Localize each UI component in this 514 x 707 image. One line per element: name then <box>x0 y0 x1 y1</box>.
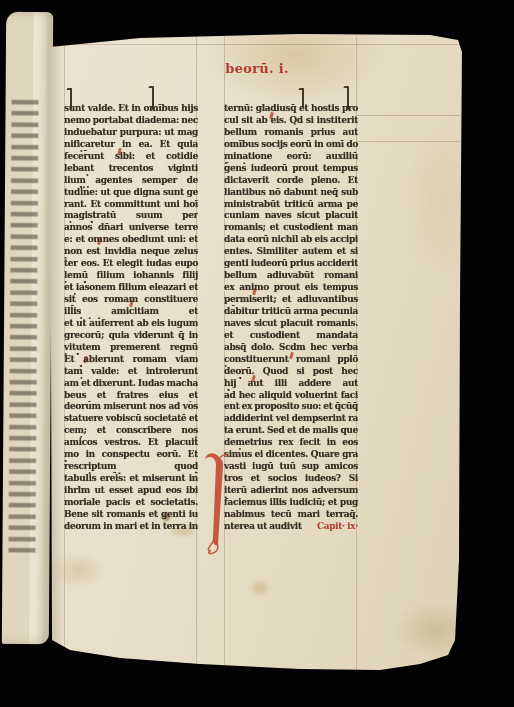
ruling-line-horizontal <box>356 141 460 142</box>
text-line: nemo portabat diadema: nec <box>64 116 198 128</box>
text-line: omībus socijs eorū in omī do <box>224 140 358 152</box>
text-line: liantibus nō dabunt neq̄ sub <box>224 188 358 200</box>
text-line: deorum in mari et in terra in e <box>64 522 198 534</box>
text-line: sit eos romam constituere cū <box>64 295 198 307</box>
text-line: cuniam naves sicut placuit <box>224 211 358 223</box>
text-line: lium agentes semper de multi <box>64 176 198 188</box>
manuscript-leaf: beorū. i. sunt valde. Et in omībus hijsn… <box>44 30 468 678</box>
text-line: ter eos. Et elegit iudas eupo <box>64 259 198 271</box>
text-line: cem; et conscribere nos socios et <box>64 426 198 438</box>
text-line: magistratū suum per singulos <box>64 211 198 223</box>
text-line: Bene sit romanis et genti iu <box>64 510 198 522</box>
text-line: demetrius rex fecit in eos scrip <box>224 438 358 450</box>
text-line: nabimus tecū mari terraq̄. <box>224 510 358 522</box>
text-line: ihrlm ut esset apud eos ibi me <box>64 486 198 498</box>
text-line: tam valde: et introierunt curi <box>64 367 198 379</box>
text-line: simus ei dicentes. Quare gra <box>224 450 358 462</box>
chapter-opening-text: nterea ut audivit <box>224 522 302 534</box>
fore-edge-shadow <box>460 30 468 678</box>
text-line: hij aut illi addere aut demere <box>224 379 358 391</box>
text-line: gens iudeorū prout tempus <box>224 164 358 176</box>
text-line: data eorū nichil ab eis accipi <box>224 235 358 247</box>
text-line: dictaverit corde pleno. Et pre <box>224 176 358 188</box>
text-line: e: et omnes obediunt uni: et <box>64 235 198 247</box>
text-line: amicos vestros. Et placuit ser <box>64 438 198 450</box>
text-line: sunt valde. Et in omībus hijs <box>64 104 198 116</box>
text-line: entes. Similiter autem et si <box>224 247 358 259</box>
text-line: non est invidia neque zelus in <box>64 247 198 259</box>
text-line: et ut auferrent ab eis iugum <box>64 319 198 331</box>
text-line: mo in conspectu eorū. Et hoc <box>64 450 198 462</box>
text-line: ternū: gladiusq̄ et hostis pro <box>224 104 358 116</box>
text-line: beus et fratres eius et populus iu <box>64 391 198 403</box>
text-line: statuere vobiscū societatē et pa <box>64 414 198 426</box>
text-line: lebant trecentos viginti consi <box>64 164 198 176</box>
text-line: ta erunt. Sed et de malis que <box>224 426 358 438</box>
text-line: ministrabūt triticū arma pe <box>224 200 358 212</box>
text-line: Et abierunt romam viam mul <box>64 355 198 367</box>
text-line: bellum adiuvabūt romani <box>224 271 358 283</box>
text-line: nificaretur in ea. Et quia curiā <box>64 140 198 152</box>
text-line: tudine: ut que digna sunt ge <box>64 188 198 200</box>
text-line: iterū adierint nos adversum te: <box>224 486 358 498</box>
text-line: minatione eorū: auxiliū feret <box>224 152 358 164</box>
text-line: ad hec aliquid voluerint faci <box>224 391 358 403</box>
facing-page-text-blur <box>8 100 38 558</box>
ruling-line-horizontal <box>50 44 460 45</box>
text-line: rescriptum quod rescripserūt ī <box>64 462 198 474</box>
text-line: ex animo prout eis tempus <box>224 283 358 295</box>
text-line: bellum romanis prius aut <box>224 128 358 140</box>
text-line: vasti iugū tuū sup amicos nos <box>224 462 358 474</box>
facing-page-edge <box>2 12 53 644</box>
text-line: faciemus illis iudiciū; et pug <box>224 498 358 510</box>
text-line: et iasonem filium eleazari et mi <box>64 283 198 295</box>
text-line: ent ex proposito suo: et q̄cūq̄ <box>224 402 358 414</box>
text-line: grecorū; quia viderunt q̄ in ser <box>64 331 198 343</box>
text-line: deorū. Quod si post hec verba <box>224 367 358 379</box>
text-line: illis amicitiam et societatem: <box>64 307 198 319</box>
chapter-label: Capit· ix· <box>317 522 358 534</box>
ruling-line-horizontal <box>356 115 460 116</box>
text-column-right: ternū: gladiusq̄ et hostis procul sit ab… <box>224 104 358 534</box>
text-line: cul sit ab eis. Q̄d si institerit <box>224 116 358 128</box>
text-line: permiserit; et adiuvantibus nō <box>224 295 358 307</box>
text-line: induebatur purpura: ut mag <box>64 128 198 140</box>
text-line: tros et socios iudeos? Si ergo <box>224 474 358 486</box>
text-line: tabulis ereis: et miserunt in <box>64 474 198 486</box>
text-line: absq̄ dolo. Scdm hec verba <box>224 343 358 355</box>
text-line: addiderint vel dempserint ra <box>224 414 358 426</box>
text-line: dabitur triticū arma pecunia <box>224 307 358 319</box>
text-line: lemū filium iohannis filij iacob <box>64 271 198 283</box>
text-line: deorum miserunt nos ad vos <box>64 402 198 414</box>
manuscript-photo: beorū. i. sunt valde. Et in omībus hijsn… <box>0 0 514 707</box>
rubric-initial-i-icon <box>204 450 230 560</box>
text-line: constituerunt romani pplō iu <box>224 355 358 367</box>
text-line: annos dn̄ari universe terre su <box>64 223 198 235</box>
text-line: et custodient mandata eorum <box>224 331 358 343</box>
stain <box>252 582 268 594</box>
text-column-right-lines: ternū: gladiusq̄ et hostis procul sit ab… <box>224 104 358 522</box>
running-title: beorū. i. <box>212 62 302 77</box>
text-line: romanis; et custodient man <box>224 223 358 235</box>
text-line: fecerunt sibi: et cotidie consu <box>64 152 198 164</box>
text-line: naves sicut placuit romanis. <box>224 319 358 331</box>
text-line: moriale pacis et societatis. <box>64 498 198 510</box>
text-line: nterea ut audivit Capit· ix· <box>224 522 358 534</box>
text-line: am et dixerunt. Iudas macha <box>64 379 198 391</box>
text-line: vitutem premerent regnū isrl <box>64 343 198 355</box>
text-column-left: sunt valde. Et in omībus hijsnemo portab… <box>64 104 198 534</box>
text-line: genti iudeorū prius acciderit <box>224 259 358 271</box>
text-line: rant. Et committunt uni hoī <box>64 200 198 212</box>
